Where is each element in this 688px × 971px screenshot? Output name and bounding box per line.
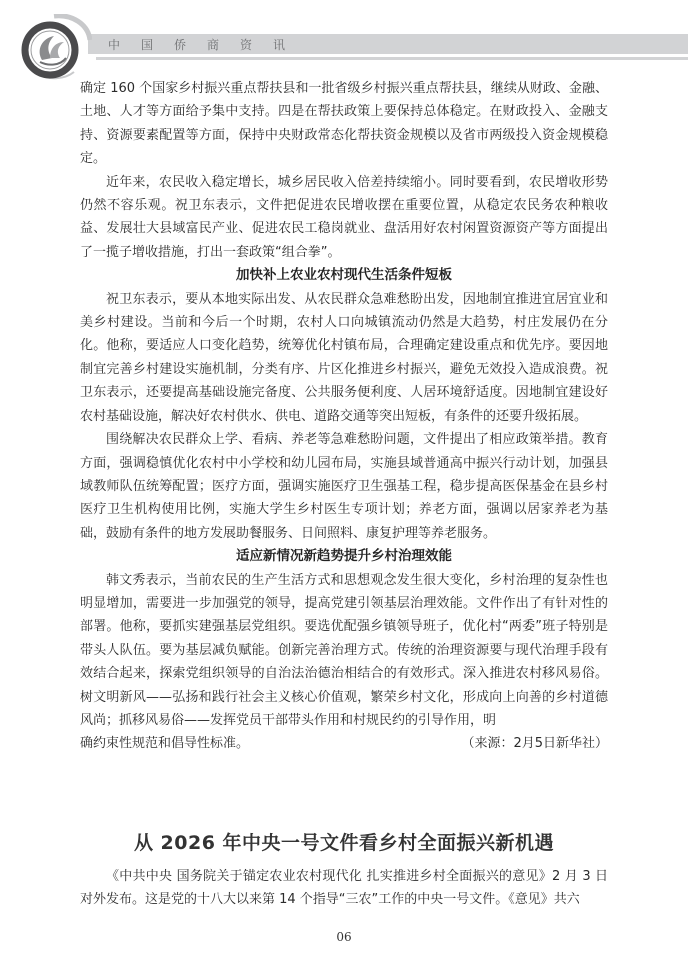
chamber-logo-icon [20,14,92,80]
title-char: 资 [240,36,273,52]
paragraph: 围绕解决农民群众上学、看病、养老等急难愁盼问题，文件提出了相应政策举措。教育方面… [80,428,608,545]
paragraph-end: 确约束性规范和倡导性标准。 [80,732,249,755]
header-rule [96,57,688,60]
title-char: 侨 [174,36,207,52]
page-number: 06 [0,930,688,944]
source-line: 确约束性规范和倡导性标准。 （来源：2月5日新华社） [80,732,608,755]
section-heading: 适应新情况新趋势提升乡村治理效能 [80,545,608,568]
paragraph: 祝卫东表示，要从本地实际出发、从农民群众急难愁盼出发，因地制宜推进宜居宜业和美乡… [80,288,608,428]
title-char: 讯 [273,36,306,52]
title-char: 中 [108,36,141,52]
article-title: 从 2026 年中央一号文件看乡村全面振兴新机遇 [0,828,688,855]
article-intro: 《中共中央 国务院关于锚定农业农村现代化 扎实推进乡村全面振兴的意见》2 月 3… [80,865,608,912]
title-char: 国 [141,36,174,52]
paragraph: 韩文秀表示，当前农民的生产生活方式和思想观念发生很大变化，乡村治理的复杂性也明显… [80,569,608,733]
paragraph: 近年来，农民收入稳定增长，城乡居民收入倍差持续缩小。同时要看到，农民增收形势仍然… [80,171,608,265]
page-header: 中 国 侨 商 资 讯 [0,0,688,80]
title-char: 商 [207,36,240,52]
paragraph: 确定 160 个国家乡村振兴重点帮扶县和一批省级乡村振兴重点帮扶县，继续从财政、… [80,77,608,171]
article-body: 确定 160 个国家乡村振兴重点帮扶县和一批省级乡村振兴重点帮扶县，继续从财政、… [80,77,608,756]
section-heading: 加快补上农业农村现代生活条件短板 [80,264,608,287]
publication-title: 中 国 侨 商 资 讯 [108,36,306,52]
source-attribution: （来源：2月5日新华社） [461,732,608,755]
